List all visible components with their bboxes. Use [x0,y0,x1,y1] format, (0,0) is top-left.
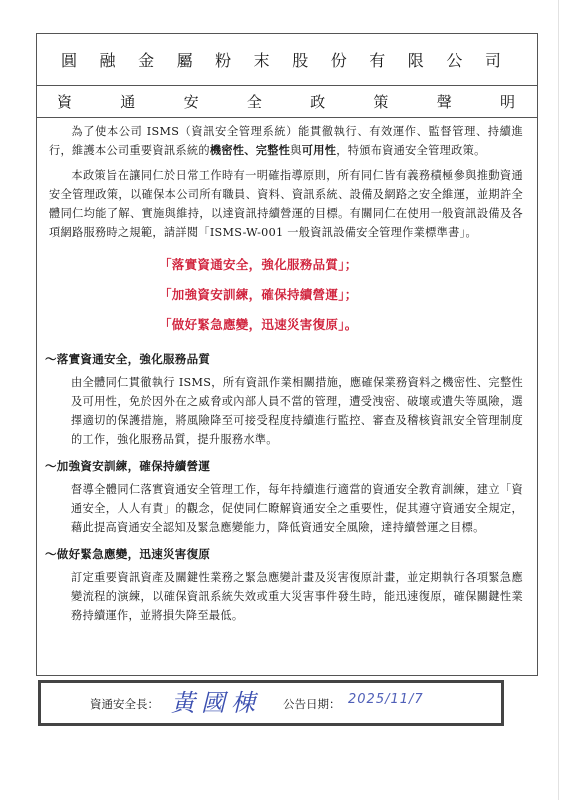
policy-body: 為了使本公司 ISMS（資訊安全管理系統）能貫徹執行、有效運作、監督管理、持續進… [37,118,537,625]
separator: 、 [244,143,256,157]
title-char: 融 [100,48,116,71]
announcement-date-value: 2025/11/7 [348,692,424,707]
policy-document-box: 圓 融 金 屬 粉 末 股 份 有 限 公 司 資 通 安 全 政 策 聲 明 … [36,33,538,676]
title-char: 限 [408,48,424,71]
title-char: 屬 [177,48,193,71]
title-char: 粉 [215,48,231,71]
intro-text-end: ，特頒布資通安全管理政策。 [336,144,485,157]
signature-footer: 資通安全長： 黃國棟 公告日期： 2025/11/7 [38,680,504,726]
document-title: 資 通 安 全 政 策 聲 明 [37,86,537,118]
company-title: 圓 融 金 屬 粉 末 股 份 有 限 公 司 [37,34,537,86]
title-char: 司 [485,48,501,71]
title-char: 有 [369,48,385,71]
slogan: 「做好緊急應變，迅速災害復原」。 [159,310,523,340]
doc-title-char: 全 [247,91,262,112]
officer-label: 資通安全長： [90,696,159,712]
integrity-term: 完整性 [256,143,290,157]
announcement-date-label: 公告日期： [283,696,341,712]
doc-title-char: 策 [373,91,388,112]
section-text: 督導全體同仁落實資通安全管理工作，每年持續進行適當的資通安全教育訓練，建立「資通… [71,480,523,537]
separator: 與 [290,144,302,157]
slogans: 「落實資通安全，強化服務品質」； 「加強資安訓練，確保持續營運」； 「做好緊急應… [159,250,523,340]
doc-title-char: 通 [120,91,135,112]
title-char: 公 [446,48,462,71]
title-char: 份 [331,48,347,71]
intro-paragraph: 為了使本公司 ISMS（資訊安全管理系統）能貫徹執行、有效運作、監督管理、持續進… [49,122,523,160]
section-text: 由全體同仁貫徹執行 ISMS，所有資訊作業相關措施，應確保業務資料之機密性、完整… [71,373,523,449]
doc-title-char: 資 [57,91,72,112]
doc-title-char: 安 [184,91,199,112]
confidentiality-term: 機密性 [210,143,244,157]
title-char: 末 [254,48,270,71]
title-char: 金 [138,48,154,71]
section-text: 訂定重要資訊資產及關鍵性業務之緊急應變計畫及災害復原計畫，並定期執行各項緊急應變… [71,568,523,625]
section-heading: ～加強資安訓練，確保持續營運 [45,457,523,476]
title-char: 股 [292,48,308,71]
slogan: 「加強資安訓練，確保持續營運」； [159,280,523,310]
availability-term: 可用性 [302,143,336,157]
handwritten-signature: 黃國棟 [171,683,261,718]
page-edge [558,0,559,800]
doc-title-char: 明 [500,91,515,112]
purpose-paragraph: 本政策旨在讓同仁於日常工作時有一明確指導原則，所有同仁皆有義務積極參與推動資通安… [49,166,523,242]
slogan: 「落實資通安全，強化服務品質」； [159,250,523,280]
section-heading: ～做好緊急應變，迅速災害復原 [45,545,523,564]
section-heading: ～落實資通安全，強化服務品質 [45,350,523,369]
doc-title-char: 聲 [437,91,452,112]
doc-title-char: 政 [310,91,325,112]
title-char: 圓 [61,48,77,71]
